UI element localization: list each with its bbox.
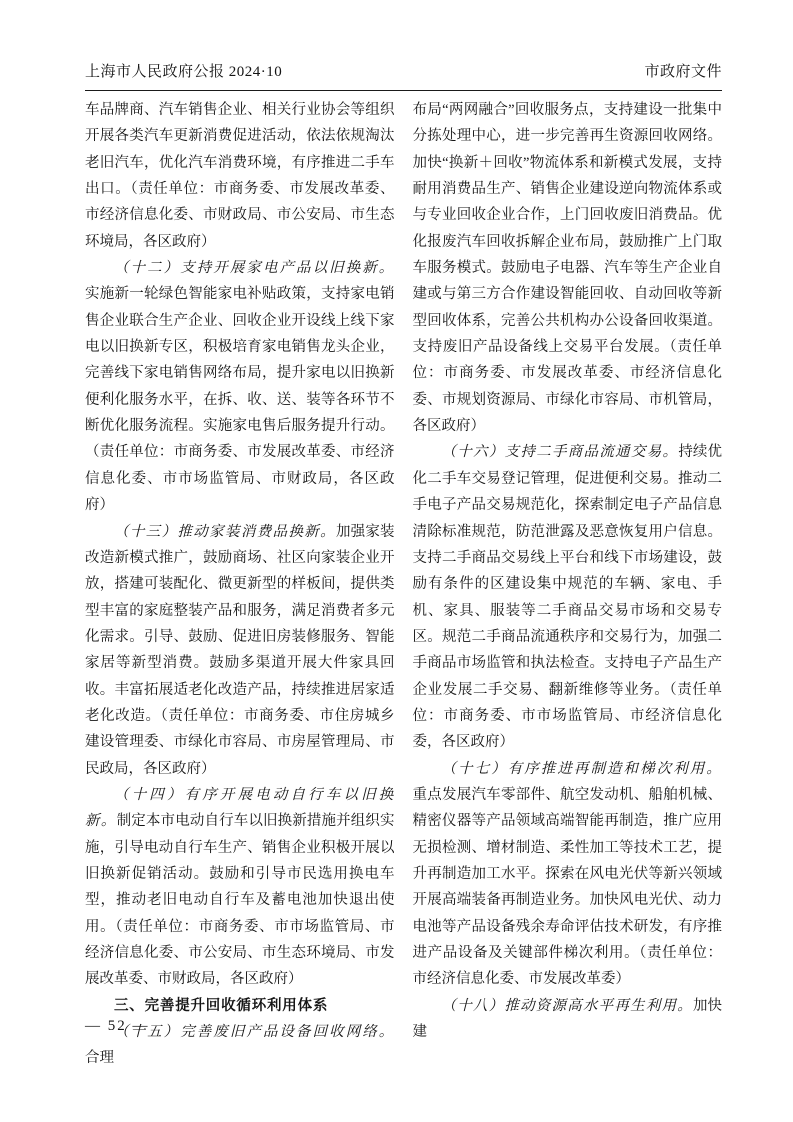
- paragraph-item-12: （十二）支持开展家电产品以旧换新。实施新一轮绿色智能家电补贴政策，支持家电销售企…: [85, 255, 395, 518]
- paragraph-text: 实施新一轮绿色智能家电补贴政策，支持家电销售企业联合生产企业、回收企业开设线上线…: [85, 286, 395, 513]
- content-columns: 车品牌商、汽车销售企业、相关行业协会等组织开展各类汽车更新消费促进活动，依法依规…: [85, 97, 722, 1042]
- item-head: （十五）完善废旧产品设备回收网络。: [114, 1024, 395, 1040]
- item-head: （十二）支持开展家电产品以旧换新。: [114, 260, 395, 276]
- paragraph-continuation-vehicles: 车品牌商、汽车销售企业、相关行业协会等组织开展各类汽车更新消费促进活动，依法依规…: [85, 97, 395, 255]
- page-number: — 52 —: [85, 1018, 150, 1035]
- paragraph-item-18: （十八）推动资源高水平再生利用。加快建: [413, 993, 723, 1046]
- right-column: 布局“两网融合”回收服务点，支持建设一批集中分拣处理中心，进一步完善再生资源回收…: [413, 97, 723, 1042]
- paragraph-text: 重点发展汽车零部件、航空发动机、船舶机械、精密仪器等产品领域高端智能再制造，推广…: [413, 787, 723, 987]
- paragraph-item-13: （十三）推动家装消费品换新。加强家装改造新模式推广，鼓励商场、社区向家装企业开放…: [85, 519, 395, 782]
- paragraph-text: 布局“两网融合”回收服务点，支持建设一批集中分拣处理中心，进一步完善再生资源回收…: [413, 102, 723, 434]
- paragraph-item-16: （十六）支持二手商品流通交易。持续优化二手车交易登记管理，促进便利交易。推动二手…: [413, 439, 723, 755]
- paragraph-continuation-recycling: 布局“两网融合”回收服务点，支持建设一批集中分拣处理中心，进一步完善再生资源回收…: [413, 97, 723, 439]
- paragraph-text: 加强家装改造新模式推广，鼓励商场、社区向家装企业开放，搭建可装配化、微更新型的样…: [85, 524, 395, 777]
- page-header: 上海市人民政府公报 2024·10 市政府文件: [85, 60, 722, 81]
- item-head: （十三）推动家装消费品换新。: [114, 524, 336, 540]
- paragraph-text: 制定本市电动自行车以旧换新措施并组织实施，引导电动自行车生产、销售企业积极开展以…: [85, 813, 395, 987]
- left-column: 车品牌商、汽车销售企业、相关行业协会等组织开展各类汽车更新消费促进活动，依法依规…: [85, 97, 395, 1042]
- item-head: （十八）推动资源高水平再生利用。: [442, 998, 693, 1014]
- item-head: （十六）支持二手商品流通交易。: [442, 444, 679, 460]
- paragraph-text: 车品牌商、汽车销售企业、相关行业协会等组织开展各类汽车更新消费促进活动，依法依规…: [85, 102, 395, 250]
- paragraph-text: 合理: [85, 1050, 114, 1066]
- gazette-page: 上海市人民政府公报 2024·10 市政府文件 车品牌商、汽车销售企业、相关行业…: [0, 0, 793, 1122]
- section-heading-3: 三、完善提升回收循环利用体系: [85, 993, 395, 1019]
- item-head: （十七）有序推进再制造和梯次利用。: [442, 761, 723, 777]
- header-rule: [85, 90, 722, 91]
- paragraph-item-14: （十四）有序开展电动自行车以旧换新。制定本市电动自行车以旧换新措施并组织实施，引…: [85, 782, 395, 993]
- paragraph-text: 持续优化二手车交易登记管理，促进便利交易。推动二手电子产品交易规范化，探索制定电…: [413, 444, 723, 750]
- paragraph-item-17: （十七）有序推进再制造和梯次利用。重点发展汽车零部件、航空发动机、船舶机械、精密…: [413, 756, 723, 993]
- header-gazette-title: 上海市人民政府公报 2024·10: [85, 60, 282, 81]
- header-section-label: 市政府文件: [644, 60, 722, 81]
